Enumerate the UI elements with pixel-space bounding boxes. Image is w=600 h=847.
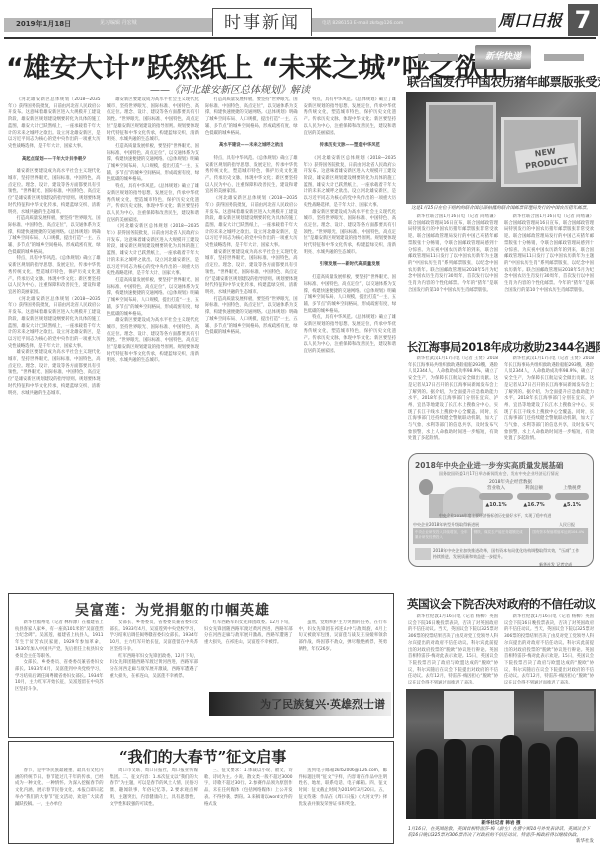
hero-series-banner: 为了民族复兴·英雄烈士谱 bbox=[209, 692, 391, 716]
soe-infographic: 2018年中央企业进一步夯实高质量发展基础 国务院国资委1月17日举办新闻发布会… bbox=[408, 453, 594, 567]
infographic-footer: 2018年中央企业加快推进改革，国有资本布局优化结构调整取得实效，“压减”工作持… bbox=[433, 548, 583, 560]
hero-series-banner-text: 为了民族复兴·英雄烈士谱 bbox=[260, 696, 385, 712]
lead-paragraph: 雄安新区要建设成为高水平社会主义现代化城市，坚持世界眼光、国际标准、中国特色、高… bbox=[8, 169, 101, 216]
hero-article-box: 吴富莲：为党捐躯的巾帼英雄 新华社福州电（记者 林梓源）在福建省上杭县客家人家乡… bbox=[8, 593, 394, 738]
placard-image bbox=[444, 691, 514, 739]
stat-value: ▲5.1% bbox=[555, 502, 589, 508]
hero-paragraph: 新华社福州电（记者 林梓源）在福建省上杭县客家人家乡，有一座高101米的“吴富莲… bbox=[15, 620, 104, 660]
lead-paragraph: 雄安新区要建设成为高水平社会主义现代化城市，坚持世界眼光、国际标准、中国特色、高… bbox=[107, 97, 200, 144]
stamp-photo: NEW PRODUCT bbox=[406, 92, 596, 204]
uk-photo-credit: 新华社发 bbox=[408, 838, 594, 844]
lead-section-heading: 引领发展——新时代高质量发展 bbox=[304, 262, 397, 269]
essay-column-4: 送到电子邮箱zkrb2006@126.com，邮件标题注明“征文”字样，内容请在… bbox=[299, 768, 388, 840]
lead-paragraph: 《河北雄安新区总体规划（2018—2035年）》获得国务院批复，日前由河北省人民… bbox=[107, 224, 200, 278]
masthead: 2019年1月18日 见习编辑 丹宏城 时事新闻 电话 8286153 E-ma… bbox=[0, 0, 600, 40]
stat-value: ▲10.1% bbox=[479, 502, 513, 508]
lead-paragraph: 特点，具有中华风范。《总体规划》确立了雄安新区规划的指导思想、发展定位，传承中华… bbox=[304, 315, 397, 355]
lead-column-3: 打造高质量发展样板，要坚持“世界眼光、国际标准、中国特色、高点定位”，以交通体系… bbox=[205, 97, 298, 587]
lead-paragraph: 《河北雄安新区总体规划（2018—2035年）》获得国务院批复，日前由河北省人民… bbox=[8, 297, 101, 351]
infographic-footer-image bbox=[415, 548, 431, 560]
banner-bar-left bbox=[418, 54, 458, 61]
masthead-rule bbox=[4, 37, 596, 39]
stat-item: 上缴税费 ▲5.1% bbox=[555, 485, 589, 508]
uk-paragraph: 新华社伦敦1月16日电（记者 杨柳）英国议会下院16日晚投票表决，否决了对英国政… bbox=[504, 614, 594, 684]
lead-paragraph: 特点，具有中华风范。《总体规划》确立了雄安新区规划的指导思想、发展定位，传承中华… bbox=[304, 97, 397, 137]
stat-pill bbox=[517, 493, 551, 500]
infographic-band: 中央企业研发投入持续增加，全年累计研发经费投入 钢铁、煤炭去产能任务超额完成 国… bbox=[413, 528, 589, 544]
issue-date: 2019年1月18日 bbox=[16, 19, 71, 29]
person-figure bbox=[472, 745, 494, 819]
band-cell: 钢铁、煤炭去产能任务超额完成 bbox=[472, 528, 531, 544]
editor-credit: 见习编辑 丹宏城 bbox=[100, 19, 137, 26]
uk-article-body: 新华社伦敦1月16日电（记者 杨柳）英国议会下院16日晚投票表决，否决了对英国政… bbox=[408, 614, 594, 684]
uk-column-1: 新华社伦敦1月16日电（记者 杨柳）英国议会下院16日晚投票表决，否决了对英国政… bbox=[408, 614, 498, 684]
balloon-icon bbox=[419, 479, 433, 495]
essay-paragraph: 送到电子邮箱zkrb2006@126.com，邮件标题注明“征文”字样，内容请在… bbox=[299, 768, 388, 808]
hero-paragraph: 红军西路军妇女先锋团政委。12月下旬，妇女先锋团随西路军渡过黄河西进，西路军部分… bbox=[110, 654, 199, 681]
placard-image bbox=[544, 691, 594, 731]
lead-section-heading: 高起点谋划——千年大计共争朝夕 bbox=[8, 157, 101, 164]
page-number: 7 bbox=[568, 4, 598, 36]
lead-paragraph: 《河北雄安新区总体规划（2018—2035年）》获得国务院批复，日前由河北省人民… bbox=[8, 97, 101, 151]
uk-column-2: 新华社伦敦1月16日电（记者 杨柳）英国议会下院16日晚投票表决，否决了对英国政… bbox=[504, 614, 594, 684]
lead-paragraph: 打造高质量发展样板，要坚持“世界眼光、国际标准、中国特色、高点定位”，以交通体系… bbox=[8, 216, 101, 256]
stat-item: 营业收入 ▲10.1% bbox=[479, 485, 513, 508]
hero-paragraph: 女部长、乡委委员、省委委员兼省委妇女部长。1933年4月，吴富莲到中央党校学习，… bbox=[15, 660, 104, 694]
hero-headline: 吴富莲：为党捐躯的巾帼英雄 bbox=[75, 600, 270, 620]
lead-paragraph: 打造高质量发展样板，要坚持“世界眼光、国际标准、中国特色、高点定位”，以交通体系… bbox=[107, 144, 200, 184]
lead-paragraph: 《河北雄安新区总体规划（2018—2035年）》获得国务院批复，日前由河北省人民… bbox=[304, 156, 397, 210]
contact-info: 电话 8286153 E-mail zkrb@126.com bbox=[322, 20, 403, 26]
stamp-headline: 联合国发行中国农历猪年邮票版张受欢迎 bbox=[407, 73, 597, 90]
person-figure bbox=[528, 743, 550, 819]
rescue-paragraph: 新华社武汉1月17日电（记者 王贤）2018年长江海事局共组织救助遇险船舶293… bbox=[408, 356, 498, 443]
lead-article-body: 《河北雄安新区总体规划（2018—2035年）》获得国务院批复，日前由河北省人民… bbox=[8, 97, 396, 587]
uk-photo-caption: 新华社记者 韩岩 摄 1月16日，在英国伦敦，英国首相特雷莎·梅（前左）在唐宁街… bbox=[408, 820, 594, 844]
stamp-paragraph: 新华社联合国1月16日电（记者 尚绪谦）联合国邮政管理局16日宣布，联合国邮政管… bbox=[504, 214, 594, 294]
lead-column-2: 雄安新区要建设成为高水平社会主义现代化城市，坚持世界眼光、国际标准、中国特色、高… bbox=[107, 97, 200, 587]
lead-section-heading: 传承历史文脉——塑造中华风范 bbox=[304, 143, 397, 150]
essay-contest-headline: “我们的大春节”征文启事 bbox=[119, 746, 286, 767]
rescue-paragraph: 新华社武汉1月17日电（记者 王贤）2018年长江海事局共组织救助遇险船舶293… bbox=[504, 356, 594, 443]
lead-paragraph: 雄安新区要建设成为高水平社会主义现代化城市，坚持世界眼光、国际标准、中国特色、高… bbox=[304, 210, 397, 257]
essay-contest-box: “我们的大春节”征文启事 春节，是中华民族最隆重、最具有文化内涵的传统节日。春节… bbox=[8, 741, 394, 844]
lead-paragraph: 打造高质量发展样板，要坚持“世界眼光、国际标准、中国特色、高点定位”，以交通体系… bbox=[205, 97, 298, 137]
essay-paragraph: 周口市文联、周口日报社，周口报业传媒集团。二、征文内容：1.本次征文以“我们的大… bbox=[110, 768, 199, 808]
lead-paragraph: 雄安新区要建设成为高水平社会主义现代化城市，坚持世界眼光、国际标准、中国特色、高… bbox=[107, 318, 200, 365]
lead-paragraph: 特点，具有中华风范。《总体规划》确立了雄安新区规划的指导思想、发展定位，传承中华… bbox=[107, 184, 200, 224]
hero-paragraph: 红军西路军妇女先锋团政委。12月下旬，妇女先锋团随西路军渡过黄河西进，西路军部分… bbox=[204, 620, 293, 647]
band-cell: 国有资本保值增值率达到104.4% bbox=[530, 528, 589, 544]
lead-paragraph: 特点，具有中华风范。《总体规划》确立了雄安新区规划的指导思想、发展定位，传承中华… bbox=[205, 156, 298, 196]
stat-name: 利润总额 bbox=[517, 485, 551, 491]
person-figure bbox=[500, 735, 522, 819]
lead-paragraph: 打造高质量发展样板，要坚持“世界眼光、国际标准、中国特色、高点定位”，以交通体系… bbox=[107, 278, 200, 318]
person-figure bbox=[416, 749, 438, 819]
uk-photo bbox=[406, 689, 596, 819]
hero-paragraph: 女部长、乡委委员、省委委员兼省委妇女部长。1933年4月，吴富莲到中央党校学习，… bbox=[110, 620, 199, 654]
rescue-article-body: 新华社武汉1月17日电（记者 王贤）2018年长江海事局共组织救助遇险船舶293… bbox=[408, 356, 594, 444]
news-express-logo: 新华快递 bbox=[475, 45, 531, 69]
lead-paragraph: 雄安新区要建设成为高水平社会主义现代化城市，坚持世界眼光、国际标准、中国特色、高… bbox=[205, 250, 298, 297]
lead-paragraph: 特点，具有中华风范。《总体规划》确立了雄安新区规划的指导思想、发展定位，传承中华… bbox=[8, 256, 101, 296]
rescue-column-2: 新华社武汉1月17日电（记者 王贤）2018年长江海事局共组织救助遇险船舶293… bbox=[504, 356, 594, 444]
essay-paragraph: 三、征文要求：1.体裁以小说、散文、诗歌、诗词为主。小说、散文类一般不超过300… bbox=[204, 768, 293, 808]
stamp-column-1: 新华社联合国1月16日电（记者 尚绪谦）联合国邮政管理局16日宣布，联合国邮政管… bbox=[408, 214, 498, 336]
stat-value: ▲16.7% bbox=[517, 502, 551, 508]
news-express-banner: 新华快递 bbox=[412, 45, 590, 69]
infographic-stats: 营业收入 ▲10.1% 利润总额 ▲16.7% 上缴税费 ▲5.1% bbox=[479, 485, 589, 508]
lead-headline: “雄安大计”跃然纸上 “未来之城”呼之欲出 bbox=[6, 46, 398, 85]
hero-column-2: 女部长、乡委委员、省委委员兼省委妇女部长。1933年4月，吴富莲到中央党校学习，… bbox=[110, 620, 199, 732]
lead-paragraph: 打造高质量发展样板，要坚持“世界眼光、国际标准、中国特色、高点定位”，以交通体系… bbox=[304, 275, 397, 315]
person-figure bbox=[556, 737, 578, 819]
hero-paragraph: 虽然，党组织护主力突围的任务，在行军中，妇女先锋团在祁连山中与敌周旋，4月上旬又… bbox=[299, 620, 388, 654]
rescue-headline: 长江海事局2018年成功救助2344名遇险人员 bbox=[407, 339, 597, 355]
stat-name: 上缴税费 bbox=[555, 485, 589, 491]
rescue-column-1: 新华社武汉1月17日电（记者 王贤）2018年长江海事局共组织救助遇险船舶293… bbox=[408, 356, 498, 444]
essay-column-1: 春节，是中华民族最隆重、最具有文化内涵的传统节日。春节能过几千年的传承，已经成为… bbox=[15, 768, 104, 840]
lead-subhead: ——《河北雄安新区总体规划》解读 bbox=[150, 81, 310, 96]
stamp-paragraph: 新华社联合国1月16日电（记者 尚绪谦）联合国邮政管理局16日宣布，联合国邮政管… bbox=[408, 214, 498, 294]
section-title: 时事新闻 bbox=[212, 8, 312, 36]
lead-paragraph: 《河北雄安新区总体规划（2018—2035年）》获得国务院批复，日前由河北省人民… bbox=[205, 196, 298, 250]
stamp-article-body: 新华社联合国1月16日电（记者 尚绪谦）联合国邮政管理局16日宣布，联合国邮政管… bbox=[408, 214, 594, 336]
paper-name-logo: 周口日报 bbox=[498, 8, 562, 31]
hero-column-1: 新华社福州电（记者 林梓源）在福建省上杭县客家人家乡，有一座高101米的“吴富莲… bbox=[15, 620, 104, 732]
infographic-note: 中央企业2018年度主要经济指标创历史最好水平，实现了稳中有进 bbox=[439, 513, 551, 519]
essay-column-2: 周口市文联、周口日报社，周口报业传媒集团。二、征文内容：1.本次征文以“我们的大… bbox=[110, 768, 199, 840]
essay-paragraph: 春节，是中华民族最隆重、最具有文化内涵的传统节日。春节能过几千年的传承，已经成为… bbox=[15, 768, 104, 808]
lead-paragraph: 打造高质量发展样板，要坚持“世界眼光、国际标准、中国特色、高点定位”，以交通体系… bbox=[205, 297, 298, 337]
person-figure bbox=[444, 739, 466, 819]
stamp-column-2: 新华社联合国1月16日电（记者 尚绪谦）联合国邮政管理局16日宣布，联合国邮政管… bbox=[504, 214, 594, 336]
stamp-sheet-image bbox=[426, 102, 496, 182]
stamp-photo-caption: 这是1月15日在位于纽约的联合国总部拍摄的联合国邮票管理局发行的中国农历猪年邮票… bbox=[408, 205, 594, 211]
uk-caption-text: 1月16日，在英国伦敦，英国首相特雷莎·梅（前左）在唐宁街10号外发表讲话。英国… bbox=[408, 826, 594, 838]
stat-name: 营业收入 bbox=[479, 485, 513, 491]
lead-section-heading: 高水平建设——未来之城呼之欲出 bbox=[205, 143, 298, 150]
band-cell: 中央企业研发投入持续增加，全年累计研发经费投入 bbox=[413, 528, 472, 544]
essay-contest-body: 春节，是中华民族最隆重、最具有文化内涵的传统节日。春节能过几千年的传承，已经成为… bbox=[15, 768, 387, 840]
lead-paragraph: 雄安新区要建设成为高水平社会主义现代化城市，坚持世界眼光、国际标准、中国特色、高… bbox=[8, 350, 101, 397]
lead-column-1: 《河北雄安新区总体规划（2018—2035年）》获得国务院批复，日前由河北省人民… bbox=[8, 97, 101, 587]
essay-column-3: 三、征文要求：1.体裁以小说、散文、诗歌、诗词为主。小说、散文类一般不超过300… bbox=[204, 768, 293, 840]
uk-paragraph: 新华社伦敦1月16日电（记者 杨柳）英国议会下院16日晚投票表决，否决了对英国政… bbox=[408, 614, 498, 684]
banner-bar-right bbox=[544, 54, 584, 61]
infographic-subtitle: 国务院国资委1月17日举办新闻发布会，发布中央企业经济运行情况 bbox=[439, 471, 559, 477]
lead-column-4: 特点，具有中华风范。《总体规划》确立了雄安新区规划的指导思想、发展定位，传承中华… bbox=[304, 97, 397, 587]
stat-pill bbox=[479, 493, 513, 500]
stat-pill bbox=[555, 493, 589, 500]
infographic-source: 新华社发 记者完成 bbox=[539, 562, 572, 568]
stat-item: 利润总额 ▲16.7% bbox=[517, 485, 551, 508]
uk-headline: 英国议会下院否决对政府的不信任动议 bbox=[407, 596, 597, 612]
infographic-title: 2018年中央企业进一步夯实高质量发展基础 bbox=[415, 460, 563, 471]
